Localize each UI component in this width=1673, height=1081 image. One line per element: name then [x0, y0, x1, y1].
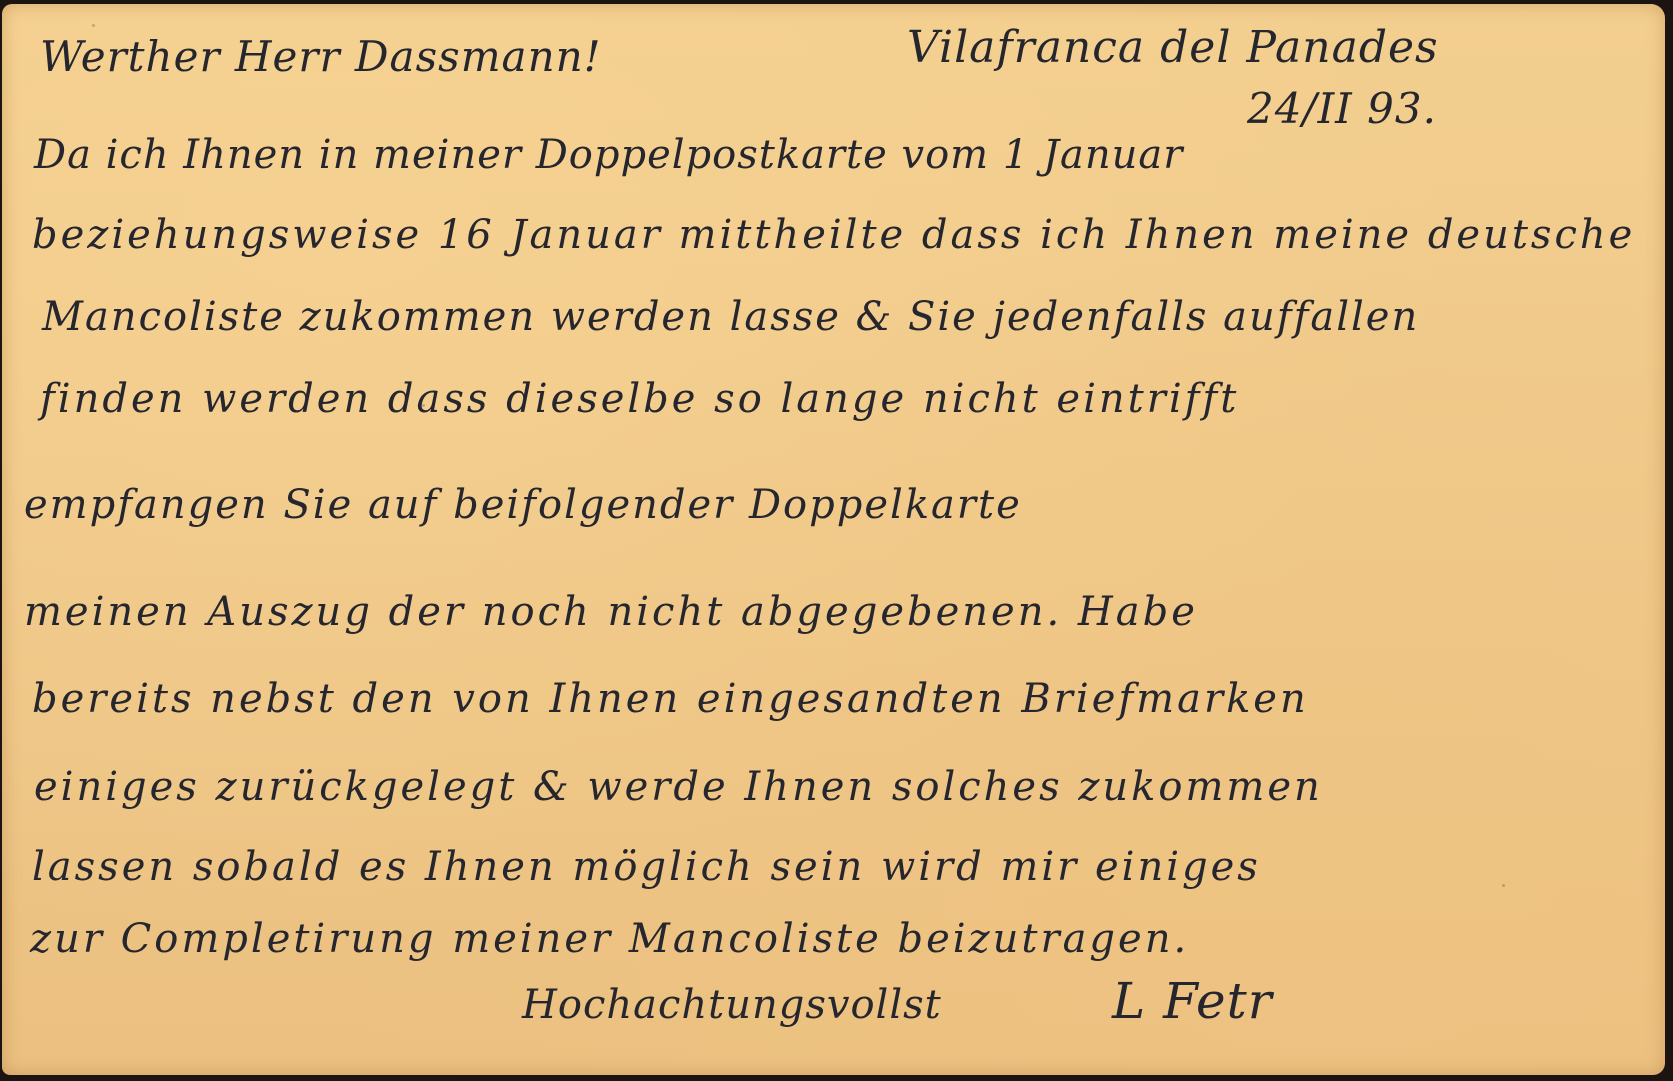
paper-speck	[1502, 884, 1505, 887]
paper-speck	[562, 1004, 565, 1007]
paper-speck	[92, 24, 95, 27]
body-line: meinen Auszug der noch nicht abgegebenen…	[24, 589, 1198, 635]
body-line: beziehungsweise 16 Januar mittheilte das…	[32, 212, 1635, 258]
body-line: Mancoliste zukommen werden lasse & Sie j…	[42, 294, 1419, 340]
body-line: lassen sobald es Ihnen möglich sein wird…	[32, 844, 1261, 890]
body-line: empfangen Sie auf beifolgender Doppelkar…	[24, 482, 1022, 528]
closing: Hochachtungsvollst	[522, 982, 942, 1028]
paper-speck	[1102, 614, 1105, 617]
place-heading: Vilafranca del Panades	[907, 22, 1439, 73]
body-line: Da ich Ihnen in meiner Doppelpostkarte v…	[34, 132, 1183, 178]
paper-speck	[422, 404, 425, 407]
body-line: bereits nebst den von Ihnen eingesandten…	[32, 676, 1309, 722]
postcard: Werther Herr Dassmann! Vilafranca del Pa…	[2, 4, 1665, 1075]
body-line: zur Completirung meiner Mancoliste beizu…	[30, 916, 1189, 962]
date: 24/II 93.	[1247, 84, 1437, 133]
signature: L Fetr	[1112, 972, 1273, 1030]
body-line: einiges zurückgelegt & werde Ihnen solch…	[34, 764, 1323, 810]
body-line: finden werden dass dieselbe so lange nic…	[40, 376, 1239, 422]
greeting: Werther Herr Dassmann!	[40, 32, 602, 81]
